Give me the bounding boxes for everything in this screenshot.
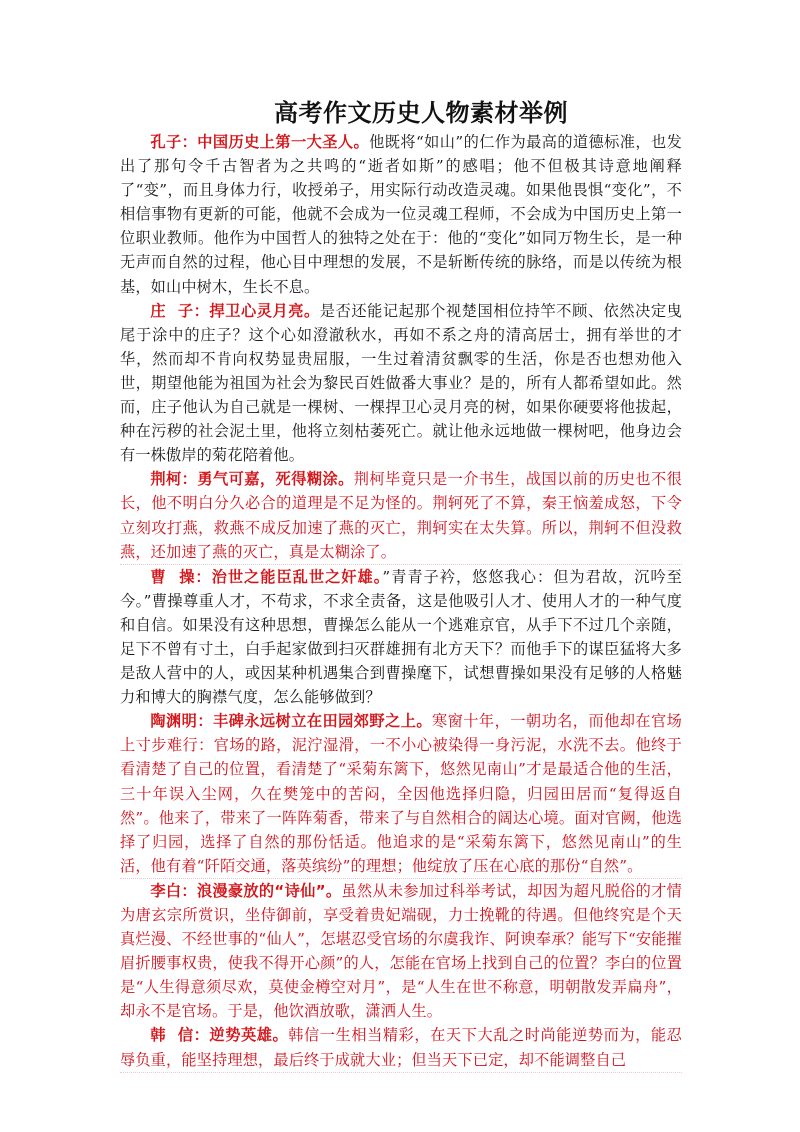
paragraph-jingke: 荆柯：勇气可嘉，死得糊涂。荆柯毕竟只是一介书生，战国以前的历史也不很长，他不明白… (120, 467, 682, 564)
paragraph-body: 他既将“如山”的仁作为最高的道德标准，也发出了那句令千古智者为之共鸣的“逝者如斯… (120, 133, 682, 296)
paragraph-zhuangzi: 庄 子：捍卫心灵月亮。是否还能记起那个视楚国相位持竿不顾、依然决定曳尾于涂中的庄… (120, 299, 682, 468)
paragraph-body: 是否还能记起那个视楚国相位持竿不顾、依然决定曳尾于涂中的庄子？这个心如澄澈秋水，… (120, 302, 682, 465)
paragraph-body: 虽然从未参加过科举考试，却因为超凡脱俗的才情为唐玄宗所赏识，坐侍御前，享受着贵妃… (120, 882, 682, 1020)
paragraph-heading: 李白：浪漫豪放的“诗仙”。 (150, 882, 341, 900)
paragraph-taoyuanming: 陶渊明：丰碑永远树立在田园郊野之上。寒窗十年，一朝功名，而他却在官场上寸步难行：… (120, 709, 682, 879)
document-page: 高考作文历史人物素材举例 孔子：中国历史上第一大圣人。他既将“如山”的仁作为最高… (120, 96, 682, 1073)
paragraph-confucius: 孔子：中国历史上第一大圣人。他既将“如山”的仁作为最高的道德标准，也发出了那句令… (120, 130, 682, 299)
paragraph-body: ”青青子衿，悠悠我心：但为君故，沉吟至今。”曹操尊重人才，不苟求，不求全责备，这… (120, 568, 682, 706)
paragraph-heading: 陶渊明：丰碑永远树立在田园郊野之上。 (150, 712, 432, 730)
paragraph-heading: 孔子：中国历史上第一大圣人。 (150, 133, 369, 151)
paragraph-heading: 韩 信：逆势英雄。 (150, 1026, 288, 1044)
paragraph-libai: 李白：浪漫豪放的“诗仙”。虽然从未参加过科举考试，却因为超凡脱俗的才情为唐玄宗所… (120, 879, 682, 1024)
paragraph-hanxin: 韩 信：逆势英雄。韩信一生相当精彩，在天下大乱之时尚能逆势而为，能忍辱负重，能坚… (120, 1023, 682, 1072)
paragraph-heading: 庄 子：捍卫心灵月亮。 (150, 302, 319, 320)
paragraph-caocao: 曹 操：治世之能臣乱世之奸雄。”青青子衿，悠悠我心：但为君故，沉吟至今。”曹操尊… (120, 565, 682, 710)
paragraph-heading: 荆柯：勇气可嘉，死得糊涂。 (150, 470, 353, 488)
paragraph-heading: 曹 操：治世之能臣乱世之奸雄。 (150, 568, 382, 586)
paragraph-body: 寒窗十年，一朝功名，而他却在官场上寸步难行：官场的路，泥泞湿滑，一不小心被染得一… (120, 712, 682, 875)
document-title: 高考作文历史人物素材举例 (160, 96, 682, 130)
